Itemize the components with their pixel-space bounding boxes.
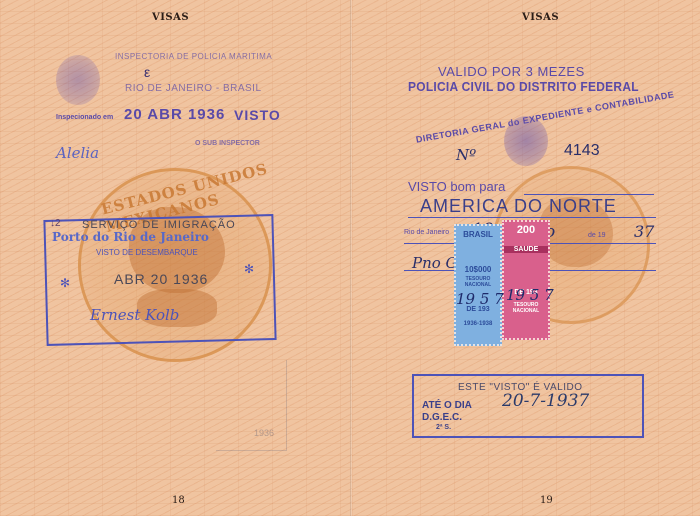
port-stamp-date: 20 ABR 1936: [124, 106, 225, 123]
page-number-18: 18: [172, 495, 185, 506]
star-icon: ✻: [244, 262, 254, 276]
brazil-emblem-icon: [56, 55, 100, 105]
brazil-emblem-icon: [504, 116, 548, 166]
destination-underline: [408, 217, 656, 218]
expiry-label: ATÉ O DIA: [422, 400, 472, 411]
left-page-18: VISAS INSPECTORIA DE POLICIA MARITIMA ε …: [0, 0, 352, 516]
immigration-stamp-port: Porto do Rio de Janeiro: [52, 230, 209, 244]
visa-number: 4143: [564, 142, 600, 160]
immigration-officer-signature: Ernest Kolb: [90, 306, 179, 324]
visa-label: VISTO bom para: [408, 179, 505, 194]
inspector-label: O SUB INSPECTOR: [195, 140, 260, 147]
validity-line2: POLICIA CIVIL DO DISTRITO FEDERAL: [408, 79, 639, 94]
revenue-stamp-text: TESOURO NACIONAL: [456, 276, 500, 288]
left-page-heading: VISAS: [152, 12, 189, 23]
visa-date-year: 37: [634, 222, 654, 241]
faint-ghost-stamp: [216, 360, 287, 451]
expiry-line4: 2ª S.: [436, 424, 451, 431]
faint-stamp-text: 1936: [254, 428, 274, 438]
revenue-stamp-years: 1936-1938: [456, 321, 500, 327]
revenue-stamp-pink: 200 SAUDE DE 193 TESOURO NACIONAL: [502, 220, 550, 340]
expiry-line3: D.G.E.C.: [422, 412, 462, 423]
port-stamp-location: RIO DE JANEIRO - BRASIL: [125, 83, 262, 94]
expiry-date: 20-7-1937: [502, 391, 589, 411]
place-label: Rio de Janeiro: [404, 229, 449, 236]
visa-date-of: de 19: [588, 232, 606, 239]
port-stamp-mark: ε: [144, 64, 150, 80]
number-label: Nº: [456, 146, 476, 164]
revenue-handwriting: 19 5 7: [506, 286, 554, 304]
inspector-signature: Alelia: [56, 144, 99, 162]
port-stamp-line1: INSPECTORIA DE POLICIA MARITIMA: [115, 52, 272, 61]
revenue-stamp-value: 200: [504, 224, 548, 236]
validity-line1: VALIDO POR 3 MEZES: [438, 64, 585, 79]
page-number-19: 19: [540, 495, 553, 506]
pen-mark: ↓2: [50, 218, 61, 229]
visa-destination: AMERICA DO NORTE: [420, 196, 617, 217]
revenue-stamp-blue: BRASIL 10$000 TESOURO NACIONAL DE 193 19…: [454, 224, 502, 346]
visa-label-underline: [524, 194, 654, 195]
port-stamp-label: Inspecionado em: [56, 114, 113, 121]
immigration-stamp-line3: VISTO DE DESEMBARQUE: [96, 248, 198, 257]
revenue-handwriting: 19 5 7: [456, 290, 504, 308]
port-stamp-visto: VISTO: [234, 107, 281, 123]
revenue-stamp-value: 10$000: [456, 265, 500, 274]
star-icon: ✻: [60, 276, 70, 290]
right-page-heading: VISAS: [522, 12, 559, 23]
right-page-19: VISAS VALIDO POR 3 MEZES POLICIA CIVIL D…: [352, 0, 700, 516]
revenue-stamp-country: BRASIL: [456, 230, 500, 239]
revenue-stamp-text: SAUDE: [504, 246, 548, 253]
immigration-stamp-date: ABR 20 1936: [114, 271, 208, 287]
